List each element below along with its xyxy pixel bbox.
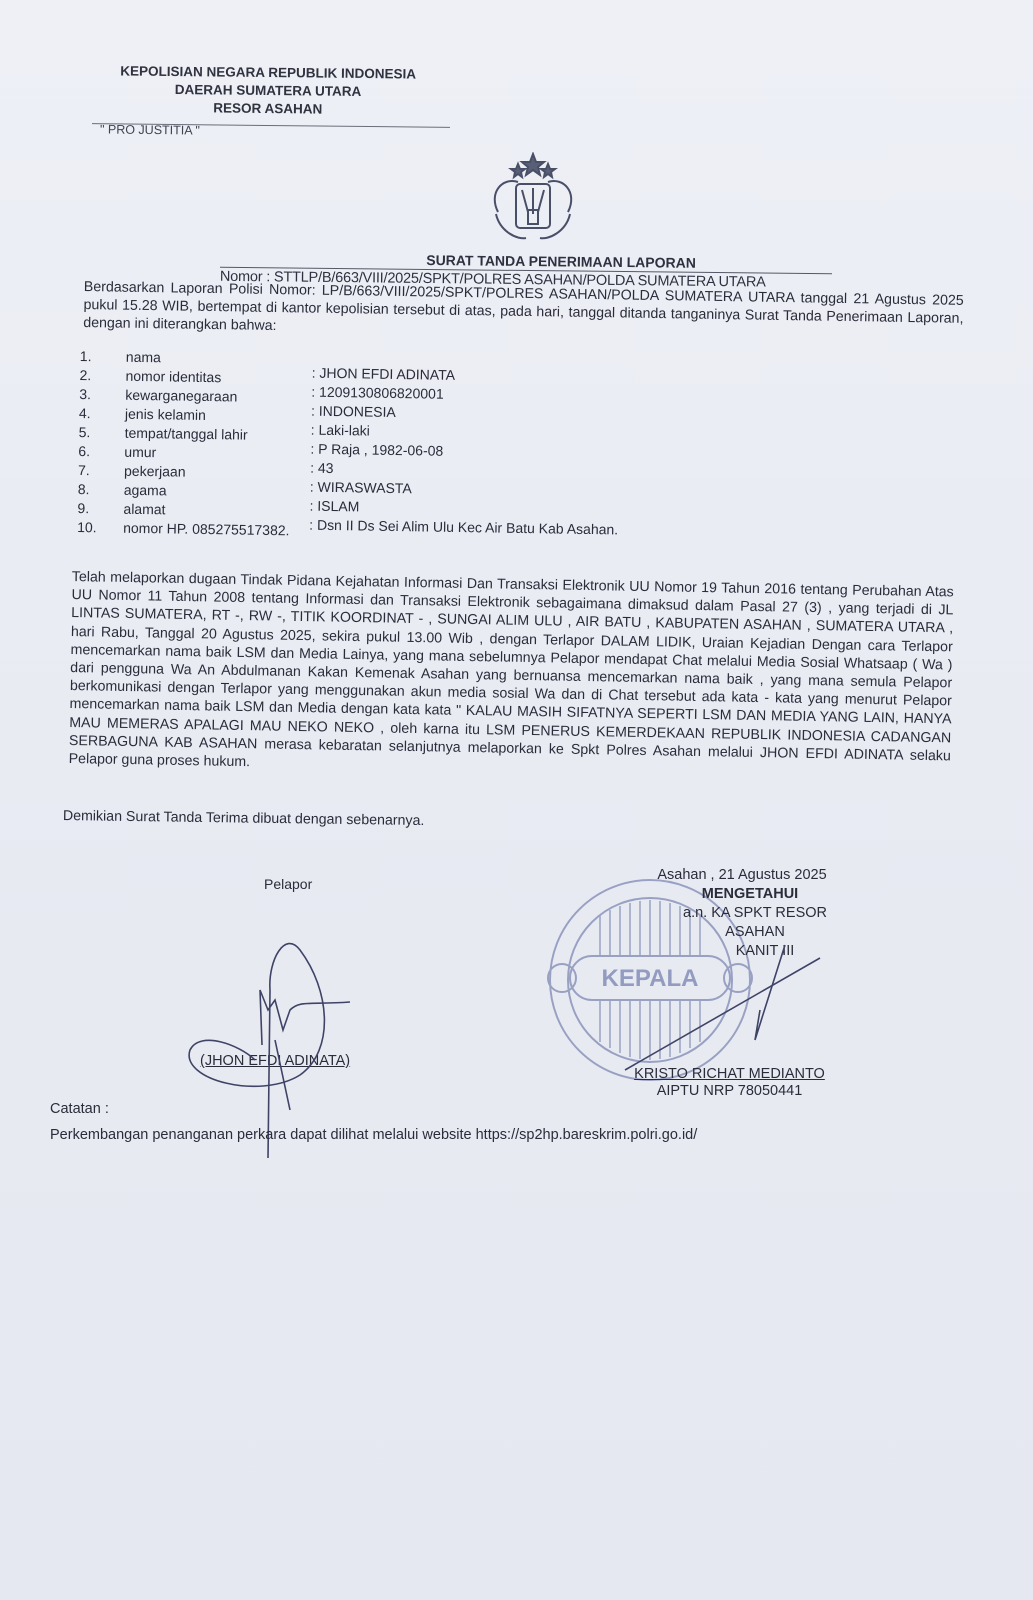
row-label: pekerjaan bbox=[124, 463, 186, 480]
signatory-unit: KANIT III bbox=[600, 942, 850, 961]
svg-text:KEPALA: KEPALA bbox=[602, 965, 699, 992]
row-label: kewarganegaraan bbox=[125, 387, 237, 405]
row-number: 7. bbox=[78, 462, 108, 478]
row-label: umur bbox=[124, 444, 156, 460]
row-label: nomor HP. 085275517382. bbox=[123, 520, 290, 539]
pro-justitia: " PRO JUSTITIA " bbox=[100, 122, 200, 137]
row-label: jenis kelamin bbox=[125, 406, 206, 423]
row-number: 8. bbox=[78, 481, 108, 497]
officer-name: KRISTO RICHAT MEDIANTO bbox=[622, 1066, 837, 1083]
letterhead: KEPOLISIAN NEGARA REPUBLIK INDONESIA DAE… bbox=[92, 62, 445, 120]
signatory-role: a.n. KA SPKT RESOR ASAHAN bbox=[600, 904, 850, 942]
reporter-name: (JHON EFDI ADINATA) bbox=[200, 1053, 350, 1069]
row-number: 3. bbox=[79, 386, 109, 402]
letterhead-line-1: KEPOLISIAN NEGARA REPUBLIK INDONESIA bbox=[92, 62, 444, 84]
report-body-paragraph: Telah melaporkan dugaan Tindak Pidana Ke… bbox=[69, 568, 954, 784]
police-emblem-icon bbox=[478, 152, 588, 252]
notes-label: Catatan : bbox=[50, 1101, 109, 1117]
row-label: nama bbox=[126, 349, 161, 366]
row-number: 5. bbox=[79, 424, 109, 440]
row-number: 9. bbox=[77, 500, 107, 516]
officer-nrp: AIPTU NRP 78050441 bbox=[622, 1083, 837, 1100]
reporter-signature-icon bbox=[189, 944, 350, 1158]
notes-text: Perkembangan penanganan perkara dapat di… bbox=[50, 1127, 697, 1143]
closing-statement: Demikian Surat Tanda Terima dibuat denga… bbox=[63, 808, 425, 829]
letterhead-line-3: RESOR ASAHAN bbox=[92, 98, 444, 120]
acknowledged-heading: MENGETAHUI bbox=[600, 885, 850, 904]
signing-date: Asahan , 21 Agustus 2025 bbox=[600, 866, 850, 885]
row-number: 4. bbox=[79, 405, 109, 421]
row-label: tempat/tanggal lahir bbox=[125, 425, 248, 443]
row-label: alamat bbox=[123, 501, 165, 518]
row-number: 1. bbox=[80, 348, 110, 364]
document-page: KEPOLISIAN NEGARA REPUBLIK INDONESIA DAE… bbox=[0, 0, 1033, 1600]
row-label: agama bbox=[124, 482, 167, 499]
row-number: 6. bbox=[78, 443, 108, 459]
row-label: nomor identitas bbox=[125, 368, 221, 386]
row-number: 2. bbox=[79, 367, 109, 383]
acknowledgement-block: Asahan , 21 Agustus 2025 MENGETAHUI a.n.… bbox=[600, 866, 850, 961]
reporter-label: Pelapor bbox=[264, 876, 312, 892]
reporter-details: 1.nama: JHON EFDI ADINATA 2.nomor identi… bbox=[77, 348, 700, 548]
officer-block: KRISTO RICHAT MEDIANTO AIPTU NRP 7805044… bbox=[622, 1066, 837, 1100]
row-number: 10. bbox=[77, 519, 107, 535]
